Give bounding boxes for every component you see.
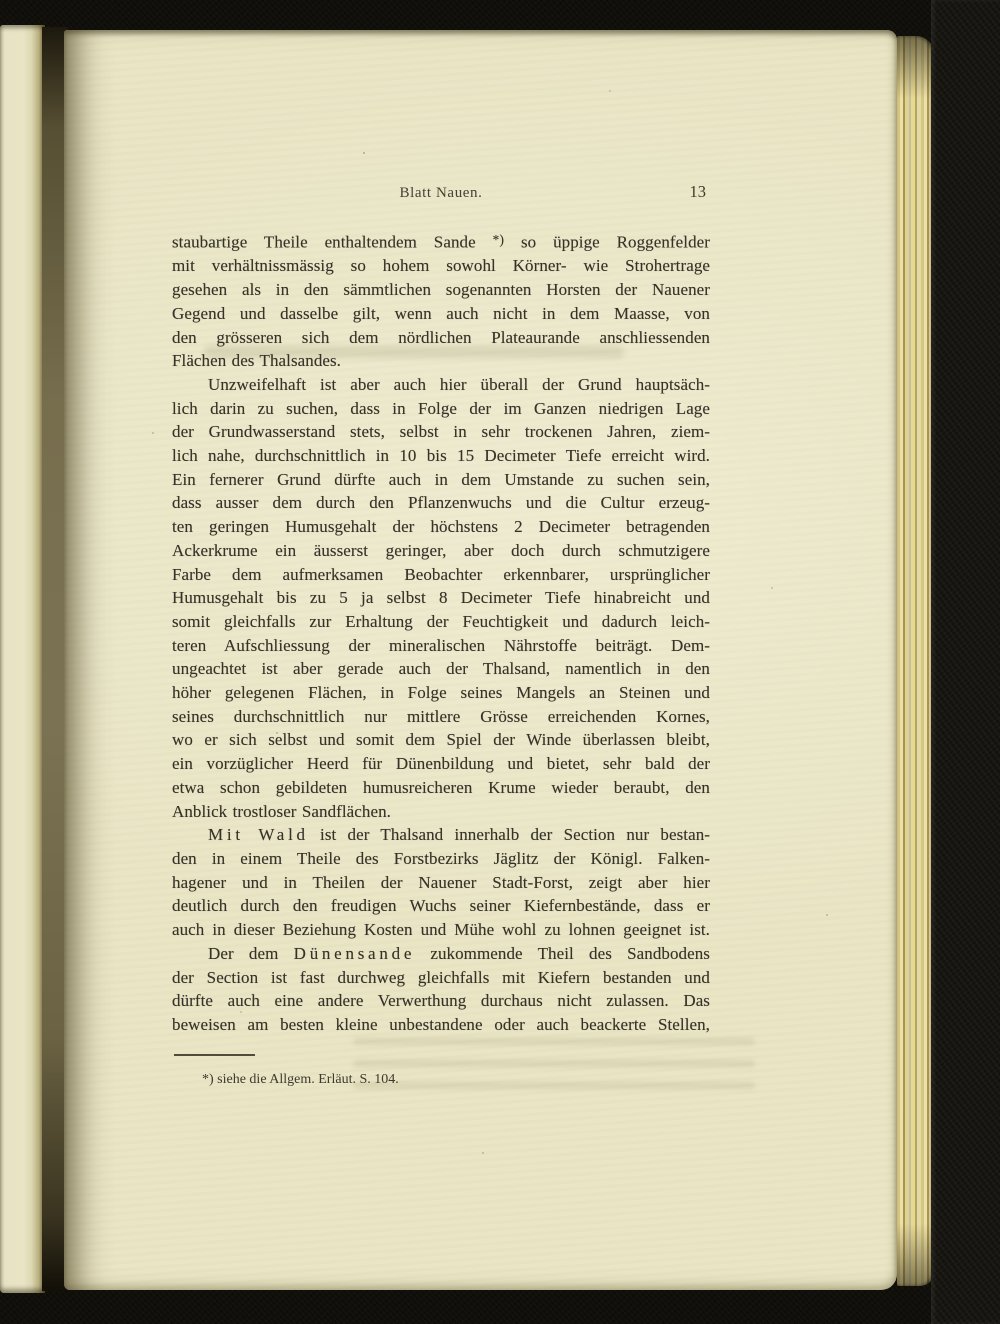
text-line: Gegend und dasselbe gilt, wenn auch nich… (172, 302, 710, 326)
text-line: mit verhältnissmässig so hohem sowohl Kö… (172, 254, 710, 278)
text-line: Humusgehalt bis zu 5 ja selbst 8 Decimet… (172, 586, 710, 610)
line-segment: ist der Thalsand innerhalb der Section n… (320, 825, 710, 844)
text-line: Ein fernerer Grund dürfte auch in dem Um… (172, 468, 710, 492)
text-line: auch in dieser Beziehung Kosten und Mühe… (172, 918, 710, 942)
book-cover-right (931, 0, 1000, 1324)
book-page: Blatt Nauen. 13 staubartige Theile entha… (64, 30, 897, 1290)
line-segment: zukommende Theil des Sandbodens (430, 944, 710, 963)
running-title: Blatt Nauen. (172, 185, 710, 202)
paragraph: staubartige Theile enthaltendem Sande *)… (172, 228, 710, 373)
text-line: lich darin zu suchen, dass in Folge der … (172, 397, 710, 421)
text-line: ten geringen Humusgehalt der höchstens 2… (172, 515, 710, 539)
text-line: den grösseren sich dem nördlichen Platea… (172, 326, 710, 350)
line-segment: so üppige Roggenfelder (521, 233, 710, 252)
text-line: Anblick trostloser Sandflächen. (172, 800, 710, 824)
book-photo: Blatt Nauen. 13 staubartige Theile entha… (0, 0, 1000, 1324)
emphasized-word: Dünensande (294, 944, 415, 963)
footnote: *) siehe die Allgem. Erläut. S. 104. (172, 1070, 710, 1089)
running-header: Blatt Nauen. 13 (172, 185, 710, 209)
text-line: dürfte auch eine andere Verwerthung durc… (172, 989, 710, 1013)
left-page-edge (0, 25, 45, 1293)
text-line: der Grundwasserstand stets, selbst in se… (172, 420, 710, 444)
text-line: deutlich durch den freudigen Wuchs seine… (172, 894, 710, 918)
footnote-marker: *) (493, 232, 505, 247)
text-line: den in einem Theile des Forstbezirks Jäg… (172, 847, 710, 871)
text-line: Flächen des Thalsandes. (172, 349, 710, 373)
text-line: beweisen am besten kleine unbestandene o… (172, 1013, 710, 1037)
show-through-texture (354, 1038, 754, 1100)
text-line: Mit Wald ist der Thalsand innerhalb der … (172, 823, 710, 847)
emphasized-word: Mit Wald (208, 825, 309, 844)
paragraph: Unzweifelhaft ist aber auch hier überall… (172, 373, 710, 823)
paper-specks (64, 30, 66, 32)
text-line: lich nahe, durchschnittlich in 10 bis 15… (172, 444, 710, 468)
text-line: wo er sich selbst und somit dem Spiel de… (172, 728, 710, 752)
body-text: staubartige Theile enthaltendem Sande *)… (172, 228, 710, 1037)
page-edge-stack (897, 36, 934, 1286)
text-line: höher gelegenen Flächen, in Folge seines… (172, 681, 710, 705)
text-line: Ackerkrume ein äusserst geringer, aber d… (172, 539, 710, 563)
text-line: Farbe dem aufmerksamen Beobachter erkenn… (172, 563, 710, 587)
text-line: Unzweifelhaft ist aber auch hier überall… (172, 373, 710, 397)
text-line: Der dem Dünensande zukommende Theil des … (172, 942, 710, 966)
text-line: hagener und in Theilen der Nauener Stadt… (172, 871, 710, 895)
text-line: somit gleichfalls zur Erhaltung der Feuc… (172, 610, 710, 634)
text-line: etwa schon gebildeten humusreicheren Kru… (172, 776, 710, 800)
text-line: gesehen als in den sämmtlichen sogenannt… (172, 278, 710, 302)
line-segment: Der dem (208, 944, 278, 963)
paragraph: Mit Wald ist der Thalsand innerhalb der … (172, 823, 710, 942)
text-line: ein vorzüglicher Heerd für Dünenbildung … (172, 752, 710, 776)
text-line: ungeachtet ist aber gerade auch der Thal… (172, 657, 710, 681)
line-segment: staubartige Theile enthaltendem Sande (172, 233, 476, 252)
text-line: dass ausser dem durch den Pflanzenwuchs … (172, 491, 710, 515)
footnote-rule (174, 1054, 255, 1056)
text-line: der Section ist fast durchweg gleichfall… (172, 966, 710, 990)
text-line: teren Aufschliessung der mineralischen N… (172, 634, 710, 658)
paragraph: Der dem Dünensande zukommende Theil des … (172, 942, 710, 1037)
page-number: 13 (690, 182, 707, 202)
text-line: seines durchschnittlich nur mittlere Grö… (172, 705, 710, 729)
text-line: staubartige Theile enthaltendem Sande *)… (172, 228, 710, 254)
